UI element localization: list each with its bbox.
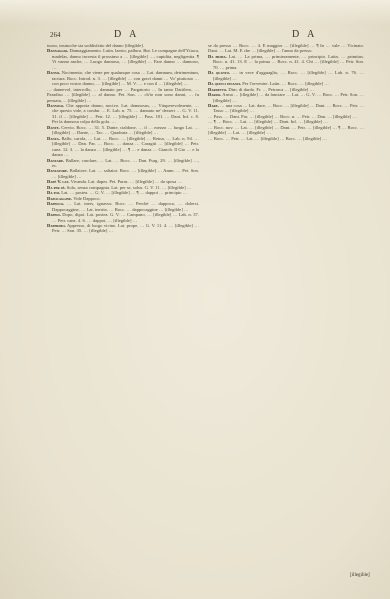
entry-text: Per l'avvenire. Latin. … Bocc. … [illegi… — [242, 81, 329, 86]
entry-text: se da presso … Bocc. … 4. E maggior … [i… — [208, 43, 364, 53]
entry-headword: Dapocaggine. — [47, 196, 72, 201]
entry-headword: Dappoco. — [47, 201, 64, 206]
dictionary-entry: Danza. Ballo, carola, … Lat. … Bocc. … [… — [47, 136, 199, 158]
dictionary-entry: Dare. … una cosa … Lat. dare, … Bocc. … … — [208, 103, 364, 114]
entry-headword: Da per sè. — [47, 185, 66, 190]
entry-headword: Dardo. — [208, 92, 221, 97]
entry-text: Solo, senza compagnia. Lat. per se, solu… — [67, 185, 192, 190]
entry-headword: Dappoi. — [47, 212, 61, 217]
dictionary-entry: Danzatore. Ballatore. Lat. … saltator. B… — [47, 168, 199, 179]
entry-text: Ballare, carolare, … Lat. … Bocc. … Dan.… — [52, 158, 199, 168]
entry-text: Lat. … La prima, … primieramente, … prin… — [213, 54, 364, 70]
dictionary-entry: Dardo. Arma … [illegible] … da lanciare … — [208, 92, 364, 103]
page-header: 264 D A D A — [44, 31, 366, 43]
dictionary-entry: Dappoi. Dopo, dipoi. Lat. postea. G. V. … — [47, 212, 199, 223]
running-head-right: D A — [292, 29, 317, 40]
right-column: se da presso … Bocc. … 4. E maggior … [i… — [208, 43, 364, 141]
entry-headword: Dannaggio. — [47, 48, 68, 53]
dictionary-entry: Dannoso. Che apporta danno, nocivo. Lat.… — [47, 103, 199, 125]
left-column: tuoso, insinoche sia soddisfatto del dan… — [47, 43, 199, 234]
entry-text: … Lat. iners, ignavus. Bocc. … Perchè … … — [52, 201, 199, 211]
entry-text: Lat. … postea. … G. V. … [illegible] … ¶… — [61, 190, 187, 195]
entry-text: Appresso, di luogo vicino. Lat. prope, …… — [52, 223, 199, 233]
catchword: [illegible] — [350, 573, 370, 578]
entry-headword: Da quinci innanzi. — [208, 81, 241, 86]
dictionary-entry: … dannevol, interrollo, … dannato per … … — [47, 87, 199, 103]
entry-text: Dannaggiamento. Latin. laesio, pallura. … — [52, 48, 199, 69]
dictionary-entry: Da prima. Lat. … La prima, … primieramen… — [208, 54, 364, 70]
entry-headword: Danzatore. — [47, 168, 68, 173]
entry-text: tuoso, insinoche sia soddisfatto del dan… — [47, 43, 144, 48]
entry-headword: Da quanto. — [208, 70, 230, 75]
entry-text: Cervio. Bocc. … 31. 5. Dante, cialdone, … — [52, 125, 199, 135]
entry-text: … Pass. … Dant. Par. … [illegible] … Boc… — [208, 114, 357, 119]
entry-headword: Danno. — [47, 70, 60, 75]
entry-text: Ballatore. Lat. … saltator. Bocc. … [ill… — [52, 168, 199, 178]
entry-text: Ballo, carola, … Lat. … Bocc. … [illegib… — [52, 136, 199, 157]
entry-headword: Dardetto. — [208, 87, 227, 92]
entry-text: … dannevol, interrollo, … dannato per … … — [47, 87, 199, 103]
dictionary-entry: Dannaggio. Dannaggiamento. Latin. laesio… — [47, 48, 199, 70]
dictionary-entry: Danno. Nocimento, che viene per qualunqu… — [47, 70, 199, 86]
entry-headword: Dante. — [47, 125, 60, 130]
entry-text: Arma … [illegible] … da lanciare … Lat. … — [213, 92, 364, 102]
dictionary-entry: … Bocc. … Petr. … Lat. … [illegible] … B… — [208, 136, 364, 141]
entry-headword: Dannoso. — [47, 103, 64, 108]
entry-headword: Dapè V. lat. — [47, 179, 70, 184]
entry-text: … una cosa … Lat. dare, … Bocc. … [illeg… — [213, 103, 364, 113]
entry-text: … Bocc. nov. … Lat. … [illegible] … Dant… — [208, 125, 364, 135]
dictionary-entry: Dapprimo. Appresso, di luogo vicino. Lat… — [47, 223, 199, 234]
entry-headword: Dare. — [208, 103, 219, 108]
entry-headword: Danza. — [47, 136, 60, 141]
dictionary-entry: se da presso … Bocc. … 4. E maggior … [i… — [208, 43, 364, 54]
entry-text: … Bocc. … Petr. … Lat. … [illegible] … B… — [208, 136, 327, 141]
entry-headword: Dapprimo. — [47, 223, 66, 228]
entry-text: … ¶ … Bocc. … Lat. … [illegible] … Dant.… — [208, 119, 328, 124]
entry-text: Dim. di dardo. Fr. … Petrarca … [illegib… — [228, 87, 314, 92]
dictionary-entry: … Bocc. nov. … Lat. … [illegible] … Dant… — [208, 125, 364, 136]
page-number: 264 — [50, 31, 61, 39]
dictionary-entry: Danzare. Ballare, carolare, … Lat. … Boc… — [47, 158, 199, 169]
entry-text: Nocimento, che viene per qualunque cosa … — [52, 70, 199, 86]
page-top-shading — [0, 0, 390, 25]
entry-headword: Da prima. — [208, 54, 227, 59]
entry-headword: Da poi. — [47, 190, 60, 195]
dictionary-entry: Dappoco. … Lat. iners, ignavus. Bocc. … … — [47, 201, 199, 212]
entry-text: Dopo, dipoi. Lat. postea. G. V. … Campan… — [52, 212, 199, 222]
dictionary-entry: Da quanto. … in vece d'agguaglio, … Bocc… — [208, 70, 364, 81]
entry-text: Vivanda. Lat. dapes. Pet. Paras. … [ille… — [71, 179, 182, 184]
document-page: 264 D A D A tuoso, insinoche sia soddisf… — [0, 0, 390, 599]
dictionary-entry: Dante. Cervio. Bocc. … 31. 5. Dante, cia… — [47, 125, 199, 136]
entry-text: Vide Dappoco. — [73, 196, 101, 201]
entry-text: … in vece d'agguaglio, … Bocc. … [illegi… — [213, 70, 364, 80]
running-head-left: D A — [114, 29, 139, 40]
entry-text: Che apporta danno, nocivo. Lat. damnosus… — [52, 103, 199, 124]
entry-headword: Danzare. — [47, 158, 64, 163]
